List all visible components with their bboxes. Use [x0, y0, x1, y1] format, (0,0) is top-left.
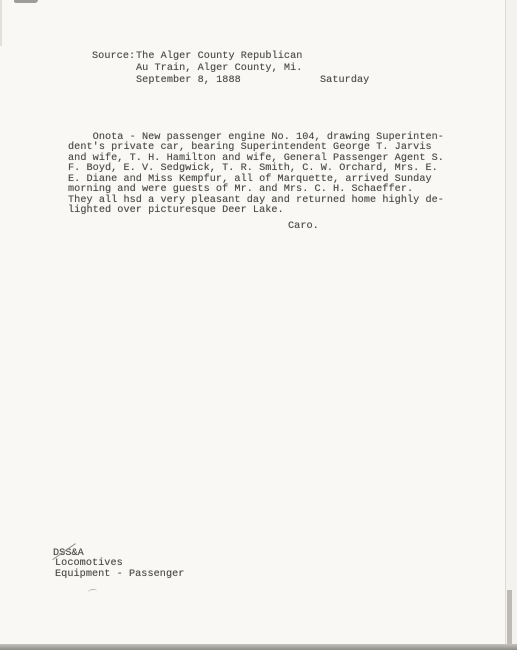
scanned-page: Source: The Alger County Republican Au T…: [0, 0, 517, 650]
publication-weekday: Saturday: [320, 76, 369, 86]
source-label: Source:: [92, 52, 135, 62]
hole-punch-mark-middle: [14, 300, 46, 324]
publication-location: Au Train, Alger County, Mi.: [136, 64, 302, 74]
archival-annotation: DSS&A Locomotives Equipment - Passenger: [53, 549, 182, 580]
scan-artifact-corner: [14, 0, 38, 3]
article-body: Onota - New passenger engine No. 104, dr…: [68, 133, 444, 217]
page-edge-right: [505, 0, 506, 650]
publication-date: September 8, 1888: [136, 76, 241, 86]
page-edge-bottom: [0, 644, 517, 650]
page-edge-left: [0, 0, 2, 46]
page-edge-shadow: [507, 590, 512, 650]
article-line: lighted over picturesque Deer Lake.: [68, 206, 444, 216]
faint-pencil-mark: [88, 588, 98, 594]
article-byline: Caro.: [288, 222, 319, 232]
hole-punch-mark-top: [12, 55, 43, 83]
scan-margin-right: [506, 0, 517, 650]
annotation-subcategory: Equipment - Passenger: [55, 570, 184, 580]
publication-name: The Alger County Republican: [136, 52, 302, 62]
